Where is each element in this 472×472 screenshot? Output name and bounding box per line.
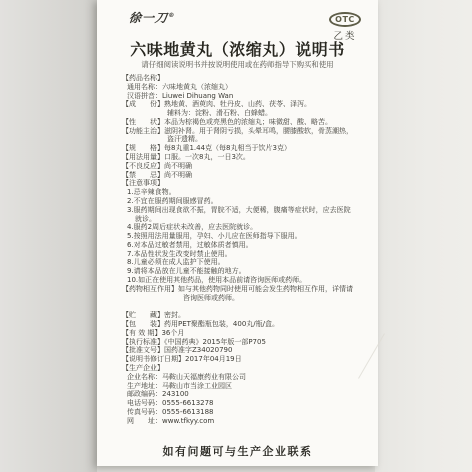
- registered-trademark-mark: ®: [168, 12, 175, 19]
- leaflet-line: 1.忌辛辣食物。: [97, 188, 374, 197]
- leaflet-line: 汉语拼音：Liuwei Dihuang Wan: [97, 92, 374, 101]
- leaflet-line: 【功能主治】滋阴补肾。用于肾阴亏损，头晕耳鸣，腰膝酸软，骨蒸潮热，: [97, 127, 374, 136]
- leaflet-line: 【执行标准】《中国药典》2015年版一部P705: [97, 338, 374, 347]
- scanned-leaflet: 徐一刀® OTC 乙类 六味地黄丸（浓缩丸）说明书 请仔细阅读说明书并按说明使用…: [0, 0, 472, 472]
- leaflet-line: 2.不宜在服药期间服感冒药。: [97, 197, 374, 206]
- page-subtitle: 请仔细阅读说明书并按说明使用或在药师指导下购买和使用: [97, 59, 378, 70]
- leaflet-page: 徐一刀® OTC 乙类 六味地黄丸（浓缩丸）说明书 请仔细阅读说明书并按说明使用…: [97, 0, 378, 466]
- leaflet-line: 6.对本品过敏者禁用，过敏体质者慎用。: [97, 241, 374, 250]
- leaflet-line: 【注意事项】: [97, 179, 374, 188]
- scanner-background-right: [375, 0, 472, 472]
- footer-note: 如有问题可与生产企业联系: [97, 443, 378, 459]
- scanner-background-left: [0, 0, 97, 472]
- leaflet-line: 【规 格】每8丸重1.44克（每8丸相当于饮片3克）: [97, 144, 374, 153]
- leaflet-line: 9.请将本品放在儿童不能接触的地方。: [97, 267, 374, 276]
- leaflet-line: 5.按照用法用量服用，孕妇、小儿应在医师指导下服用。: [97, 232, 374, 241]
- leaflet-line: 7.本品性状发生改变时禁止使用。: [97, 250, 374, 259]
- leaflet-line: 辅料为：淀粉、滑石粉、白蜂蜡。: [97, 109, 374, 118]
- leaflet-line: 【药品名称】: [97, 74, 374, 83]
- leaflet-line: 【性 状】本品为棕褐色或亮黑色的浓缩丸；味微甜、酸、略苦。: [97, 118, 374, 127]
- leaflet-line: 【贮 藏】密封。: [97, 311, 374, 320]
- otc-logo: OTC: [329, 12, 361, 27]
- leaflet-line: 网 址：www.tfkyy.com: [97, 417, 374, 426]
- leaflet-line: 就诊。: [97, 215, 374, 224]
- leaflet-line: 【用法用量】口服。一次8丸，一日3次。: [97, 153, 374, 162]
- leaflet-line: 生产地址：马鞍山市当涂工业园区: [97, 382, 374, 391]
- leaflet-line: 【不良反应】尚不明确: [97, 162, 374, 171]
- leaflet-line: 【禁 忌】尚不明确: [97, 171, 374, 180]
- page-title: 六味地黄丸（浓缩丸）说明书: [97, 37, 378, 60]
- leaflet-line: 10.如正在使用其他药品，使用本品前请咨询医师或药师。: [97, 276, 374, 285]
- leaflet-line: 电话号码：0555-6613278: [97, 399, 374, 408]
- leaflet-body: 【药品名称】通用名称：六味地黄丸（浓缩丸）汉语拼音：Liuwei Dihuang…: [97, 74, 374, 425]
- leaflet-line: 3.服药期间出现食欲不振，胃脘不适，大便稀，腹痛等症状时，应去医院: [97, 206, 374, 215]
- leaflet-line: 盗汗遗精。: [97, 135, 374, 144]
- leaflet-line: 【包 装】药用PET聚酯瓶包装，400丸/瓶/盒。: [97, 320, 374, 329]
- leaflet-line: 4.服药2周后症状未改善，应去医院就诊。: [97, 223, 374, 232]
- leaflet-line: 【成 份】熟地黄、酒萸肉、牡丹皮、山药、茯苓、泽泻。: [97, 100, 374, 109]
- leaflet-line: 【批准文号】国药准字Z34020790: [97, 346, 374, 355]
- leaflet-line: 传真号码：0555-6613188: [97, 408, 374, 417]
- leaflet-line: 【说明书修订日期】2017年04月19日: [97, 355, 374, 364]
- leaflet-line: 【生产企业】: [97, 364, 374, 373]
- leaflet-line: 邮政编码：243100: [97, 390, 374, 399]
- leaflet-line: 【药物相互作用】如与其他药物同时使用可能会发生药物相互作用，详情请: [97, 285, 374, 294]
- brand-logo: 徐一刀®: [128, 9, 175, 26]
- brand-name: 徐一刀: [128, 11, 168, 25]
- leaflet-line: 咨询医师或药师。: [97, 294, 374, 303]
- leaflet-line: 企业名称：马鞍山天福康药业有限公司: [97, 373, 374, 382]
- leaflet-line: 通用名称：六味地黄丸（浓缩丸）: [97, 83, 374, 92]
- leaflet-line: 【有 效 期】36个月: [97, 329, 374, 338]
- leaflet-line: 8.儿童必须在成人监护下使用。: [97, 258, 374, 267]
